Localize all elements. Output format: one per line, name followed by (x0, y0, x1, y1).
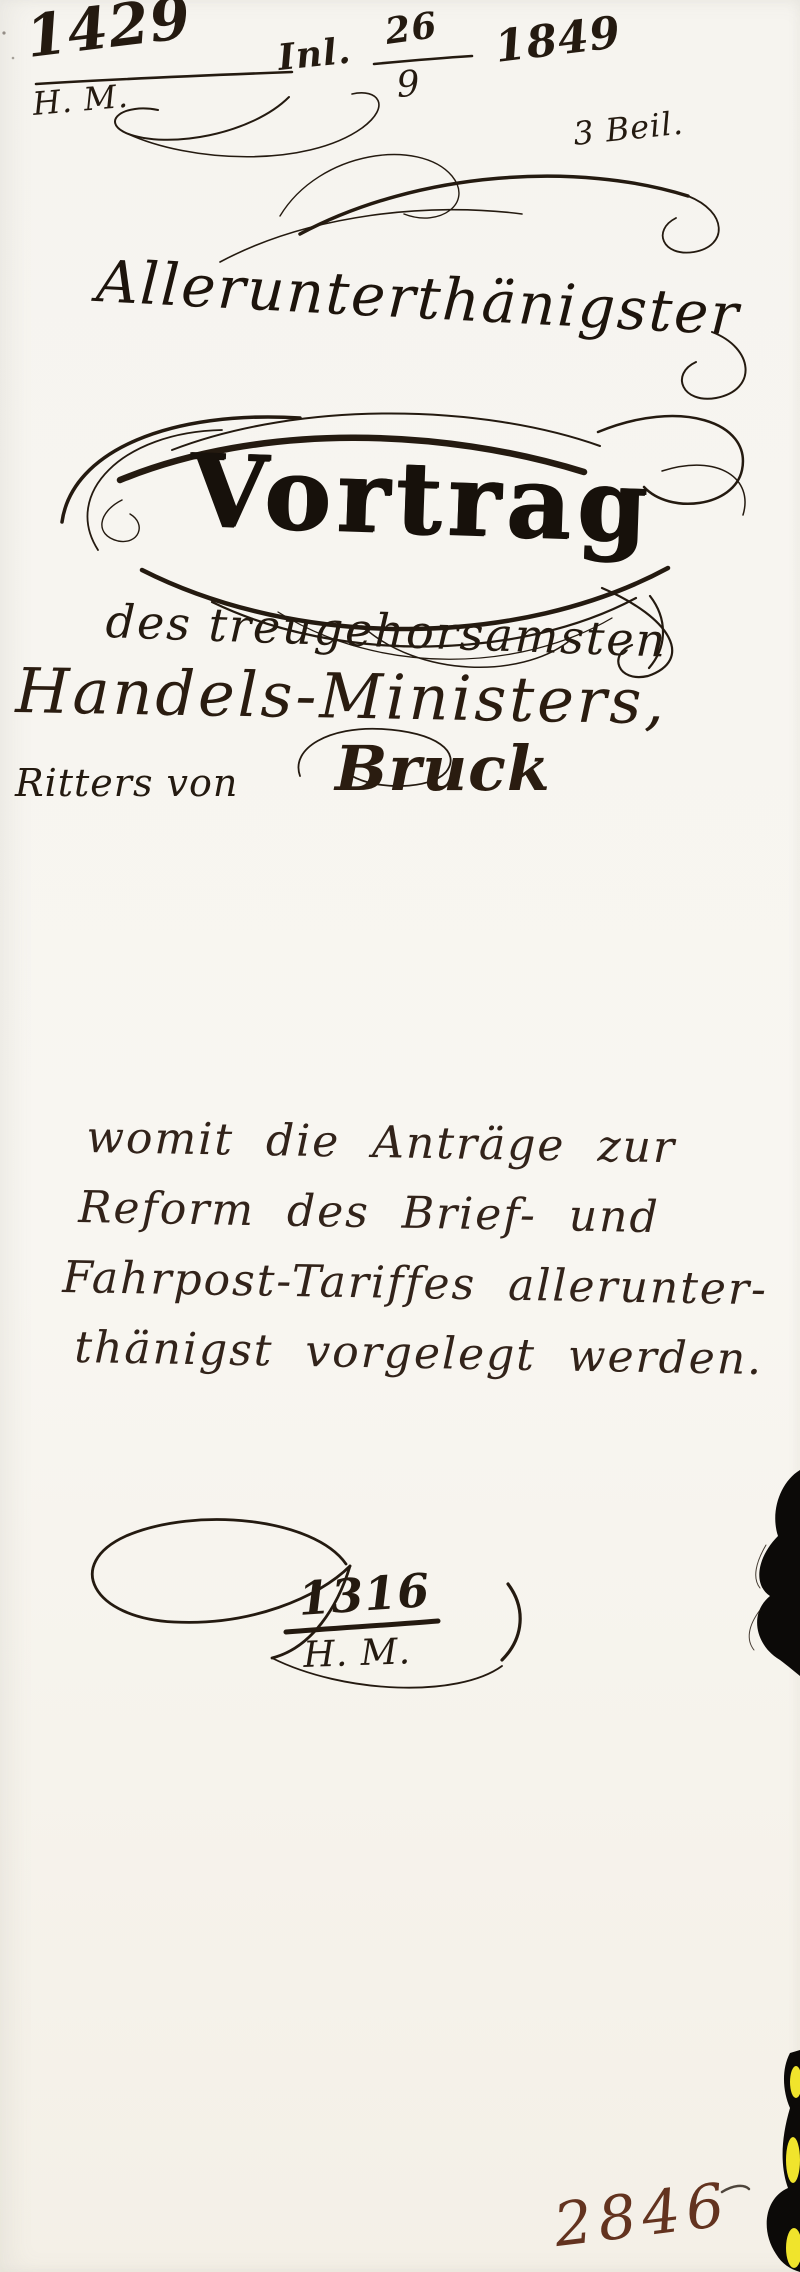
manuscript-page: 1429 H. M. Inl. 26 9 1849 3 Beil. Alleru… (0, 0, 800, 2272)
person-title-prefix: Ritters von (15, 764, 238, 802)
enclosures-note: 3 Beil. (572, 107, 685, 150)
received-day: 26 (383, 7, 440, 50)
title-main-vortrag: Vortrag (188, 440, 655, 556)
body-line: Reform des Brief- und (78, 1186, 660, 1240)
body-line: womit die Anträge zur (86, 1116, 676, 1170)
registry-office-abbreviation: H. M. (31, 80, 130, 120)
received-prefix: Inl. (276, 33, 353, 76)
title-dedication: des treugehorsamsten (105, 598, 668, 664)
paper-specks (2, 31, 14, 59)
folio-number: 2846 (551, 2175, 734, 2256)
reference-number: 1316 (297, 1567, 432, 1622)
body-line: Fahrpost-Tariffes allerunter- (62, 1256, 768, 1312)
person-name: Bruck (335, 738, 551, 800)
reference-office-abbreviation: H. M. (303, 1634, 412, 1674)
received-year: 1849 (493, 11, 624, 70)
registry-number: 1429 (23, 0, 194, 66)
title-top-flourish (220, 155, 719, 262)
received-month: 9 (395, 66, 421, 104)
date-flourish (115, 93, 379, 157)
title-superlative: Allerunterthänigster (95, 252, 742, 344)
date-fraction-bar (374, 56, 472, 64)
book-edge-artifact (749, 1470, 800, 1676)
body-line: thänigst vorgelegt werden. (74, 1326, 764, 1382)
title-minister: Handels-Ministers, (15, 660, 668, 733)
